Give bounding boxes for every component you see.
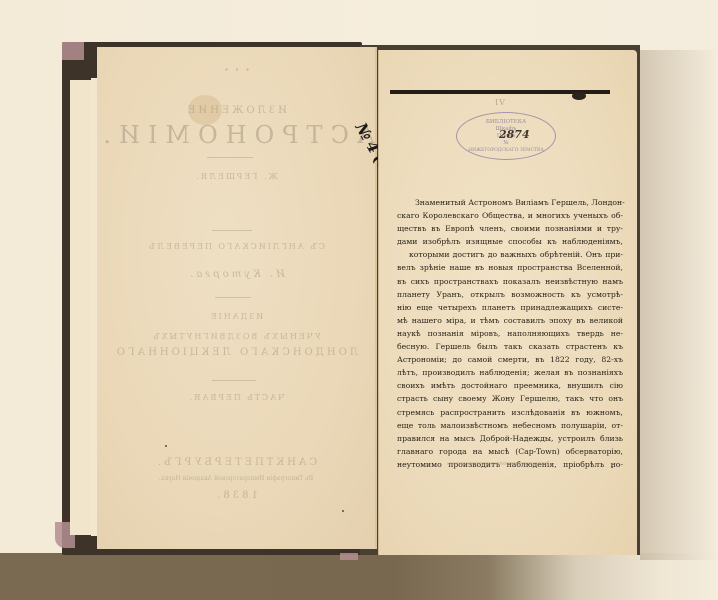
stamp-number: 2874 <box>499 131 530 138</box>
text-line: ществъ въ Европѣ членъ, своими познаніям… <box>397 222 623 235</box>
text-line: своихъ имѣть достойнаго преемника, внуши… <box>397 379 623 392</box>
stamp-line: № <box>457 140 555 147</box>
text-line: мѣ нашего міра, и тѣмъ составилъ эпоху в… <box>397 314 623 327</box>
text-line: которыми достигъ до важныхъ обрѣтеній. О… <box>397 248 623 261</box>
spine-tag <box>340 553 358 560</box>
text-line: велъ зрѣніе наше въ новыя пространства В… <box>397 261 623 274</box>
text-line: бесную. Гершель былъ такъ сказать страст… <box>397 340 623 353</box>
water-stain <box>188 95 222 125</box>
library-stamp: БИБЛІОТЕКА Шкафъ Полка № НИЖЕГОРОДСКАГО … <box>456 112 556 160</box>
text-line: въ сихъ пространствахъ показалъ неизвѣст… <box>397 275 623 288</box>
ghost-rule <box>212 230 252 231</box>
paper-speck <box>611 466 613 468</box>
text-line: страсть сыну своему Жону Гершелю, такъ ч… <box>397 392 623 405</box>
paper-speck <box>165 445 167 447</box>
ghost-translator: И. Куторга. <box>97 269 375 280</box>
footnote-bleed <box>447 462 547 465</box>
text-line: скаго Королевскаго Общества, и многихъ у… <box>397 209 623 222</box>
ghost-translator-label: СЪ АНГЛІЙСКАГО ПЕРЕВЕЛЪ <box>97 242 375 251</box>
ghost-city: САНКТПЕТЕРБУРГЪ. <box>97 457 375 468</box>
page-body-text: Знаменитый Астрономъ Виліамъ Гершель, Ло… <box>397 196 623 471</box>
cover-corner-top <box>62 42 84 60</box>
stamp-line: НИЖЕГОРОДСКАГО ЗЕМСТВА <box>457 147 555 154</box>
text-line: нію еще четырехъ планетъ принадлежащихъ … <box>397 301 623 314</box>
page-number: IV <box>495 98 506 107</box>
text-line: стремясь распространить изслѣдованія въ … <box>397 406 623 419</box>
ghost-edition: ИЗДАНІЕ <box>97 312 375 321</box>
text-line: главнаго города на мысѣ (Cap-Town) обсер… <box>397 445 623 458</box>
flyleaf-1 <box>70 80 93 535</box>
text-line: планету Уранъ, открылъ возможность къ ус… <box>397 288 623 301</box>
ghost-title-small: ИЗЛОЖЕНИЕ <box>97 105 375 116</box>
ghost-year: 1838. <box>97 490 375 501</box>
book-side-shadow <box>640 50 718 560</box>
ghost-rule <box>207 157 253 158</box>
stamp-line: БИБЛІОТЕКА <box>457 119 555 126</box>
text-line: правился на мысъ Доброй-Надежды, устроил… <box>397 432 623 445</box>
ghost-line8: ЛОНДОНСКАГО ЛЕКЦІОННАГО <box>97 347 375 358</box>
text-line: наукѣ познанія міровъ, наполняющихъ твер… <box>397 327 623 340</box>
text-line: Знаменитый Астрономъ Виліамъ Гершель, Ло… <box>397 196 623 209</box>
text-line: Астрономіи; до самой смерти, въ 1822 год… <box>397 353 623 366</box>
text-line: лѣтъ, производилъ наблюденія; желая въ п… <box>397 366 623 379</box>
left-page: ∙ ∙ ∙ ИЗЛОЖЕНИЕ АСТРОНОМІИ. Ж. ГЕРШЕЛЯ. … <box>97 47 377 549</box>
paper-speck <box>342 510 344 512</box>
ghost-part: ЧАСТЬ ПЕРВАЯ. <box>97 393 375 402</box>
ghost-title-large: АСТРОНОМІИ. <box>97 121 375 149</box>
ghost-rule <box>215 297 251 298</box>
ghost-header: ∙ ∙ ∙ <box>97 65 375 74</box>
ghost-rule <box>212 380 256 381</box>
ink-blot <box>572 92 586 100</box>
ghost-author: Ж. ГЕРШЕЛЯ. <box>97 172 375 181</box>
table-surface-shadow <box>0 553 718 600</box>
ghost-line7: УЧЕНЫХЪ ВОЗДВИГНУТЫХЪ <box>97 332 375 341</box>
text-line: дами изобрѣлъ изящные способы къ наблюде… <box>397 235 623 248</box>
text-line: еще толь малоизвѣстномъ небесномъ полуша… <box>397 419 623 432</box>
ghost-printer: Въ Типографіи Императорской Академіи Нау… <box>97 475 375 482</box>
